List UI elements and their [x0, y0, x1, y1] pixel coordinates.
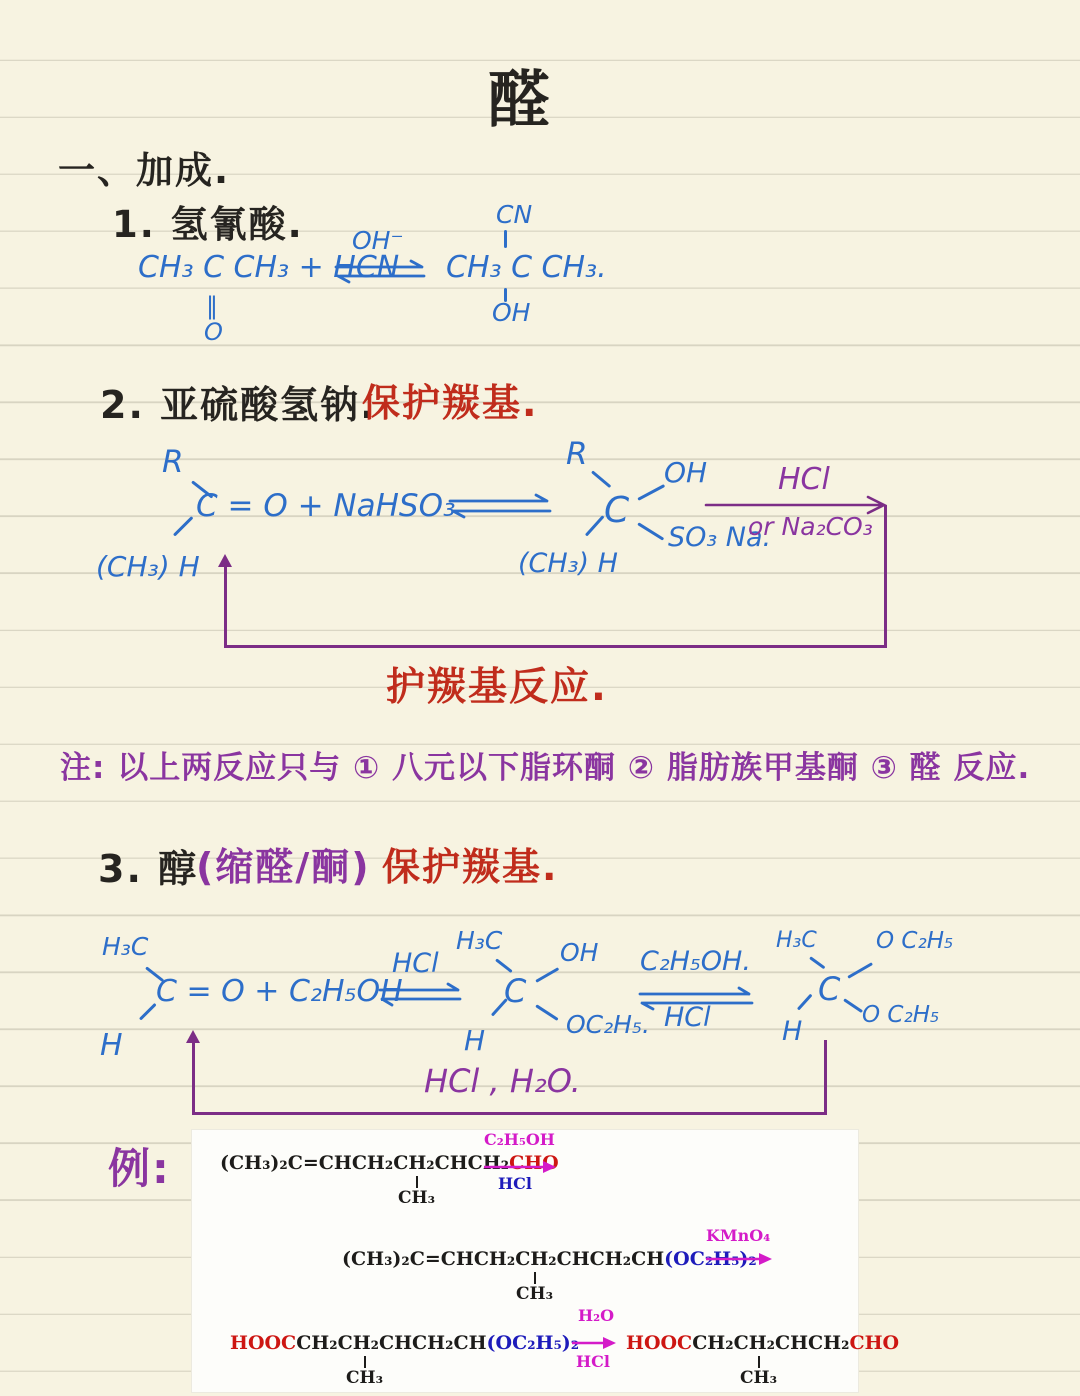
rxn3-s1-ch3: H₃C: [102, 932, 148, 961]
ex-line2-arrow-top: KMnO₄: [706, 1226, 770, 1245]
rxn1-product-cn-group: CN: [496, 200, 532, 229]
ex-line2-branch-bond: [534, 1272, 536, 1284]
rxn2-right-bond-h: [585, 515, 605, 536]
rxn3-equilibrium-arrow1-icon: [376, 982, 464, 1008]
ex-line2-arrow-icon: [704, 1252, 774, 1266]
rxn3-loop-right-line: [824, 1040, 827, 1114]
rxn2-left-bond-h: [173, 516, 194, 537]
printed-example-panel: (CH₃)₂C=CHCH₂CH₂CHCH₂CHO CH₃ C₂H₅OH HCl …: [192, 1130, 858, 1392]
rxn2-right-bond-r: [591, 470, 611, 488]
rxn1-equilibrium-arrow-icon: [332, 258, 428, 284]
ex-line1-branch-bond: [416, 1176, 418, 1188]
rxn1-catalyst-label: OH⁻: [352, 226, 404, 255]
ex-line3-arrow-bottom: HCl: [576, 1352, 610, 1371]
rxn2-left-ch3h: (CH₃) H: [96, 550, 200, 583]
ex-line3-arrow-top: H₂O: [578, 1306, 614, 1325]
ex-line3-branch-bond: [364, 1356, 366, 1368]
item-hydrocyanic-acid: 1. 氢氰酸.: [112, 194, 304, 248]
ex-line3-main: CH₂CH₂CHCH₂CH: [296, 1332, 486, 1354]
rxn2-right-oh: OH: [664, 456, 707, 489]
ex-line2-branch: CH₃: [516, 1284, 553, 1304]
rxn2-left-r: R: [162, 444, 184, 480]
ex-line3-branch: CH₃: [346, 1368, 383, 1388]
rxn3-s2-oet: OC₂H₅.: [566, 1010, 650, 1039]
ex-line2-main: (CH₃)₂C=CHCH₂CH₂CHCH₂CH: [342, 1248, 664, 1270]
rxn3-s2-c: C: [504, 972, 526, 1010]
rxn2-right-c: C: [604, 490, 629, 531]
item-sodium-bisulfite: 2. 亚硫酸氢钠.: [100, 374, 377, 429]
rxn3-s3-c: C: [818, 970, 840, 1008]
ex-line3b-hooc: HOOC: [626, 1332, 692, 1354]
heading-addition: 一、加成.: [58, 140, 230, 194]
rxn3-s3-bond-h: [797, 994, 813, 1011]
rxn2-right-r: R: [566, 436, 588, 472]
rxn3-s2-bond-top: [495, 958, 513, 973]
rxn3-loop-left-line: [192, 1042, 195, 1114]
ex-line3-oet: (OC₂H₅)₂: [487, 1332, 580, 1354]
rxn2-forward-reagent: HCl: [778, 462, 830, 497]
rxn3-s1-bond-bottom: [139, 1003, 157, 1021]
rxn3-loop-label: HCl , H₂O.: [424, 1062, 581, 1100]
rxn3-s2-h: H: [464, 1024, 485, 1057]
ex-line3b-branch-bond: [758, 1356, 760, 1368]
rxn2-forward-reagent2: or Na₂CO₃: [748, 512, 873, 541]
rxn3-s3-bond-oet-top: [847, 962, 873, 979]
ex-line3b-cho: CHO: [849, 1332, 899, 1354]
rxn3-s3-ch3: H₃C: [776, 928, 817, 953]
item2-protect-carbonyl-note: 保护羰基.: [362, 372, 538, 427]
rxn3-s3-oet-top: O C₂H₅: [876, 928, 953, 954]
rxn3-s1-h: H: [100, 1028, 123, 1063]
rxn3-s2-oh: OH: [560, 938, 598, 967]
rxn1-product-oh-group: OH: [492, 298, 530, 327]
ex-line3b-main: CH₂CH₂CHCH₂: [692, 1332, 849, 1354]
rxn3-s2-bond-oet: [535, 1004, 558, 1021]
rxn3-s2-ch3: H₃C: [456, 926, 502, 955]
rxn1-carbonyl-oxygen: O: [204, 318, 223, 346]
rxn3-arrow2-bottom: HCl: [664, 1002, 711, 1033]
rxn2-loop-caption: 护羰基反应.: [386, 656, 608, 712]
rxn3-s3-oet-bottom: O C₂H₅: [862, 1002, 939, 1028]
rxn3-arrow2-top: C₂H₅OH.: [640, 946, 751, 977]
rxn2-loop-bottom-line: [224, 645, 887, 648]
example-label: 例:: [108, 1136, 171, 1196]
ex-line2-formula: (CH₃)₂C=CHCH₂CH₂CHCH₂CH(OC₂H₅)₂: [342, 1248, 757, 1270]
item3-protect-carbonyl-note: 保护羰基.: [382, 836, 558, 891]
rxn1-carbonyl-double-bond: ‖: [206, 292, 218, 320]
item3-acetal-paren: (缩醛/酮): [196, 836, 371, 891]
rxn3-s3-bond-top: [809, 956, 825, 969]
ex-line1-arrow-bottom: HCl: [498, 1174, 532, 1193]
notebook-page: 醛 一、加成. 1. 氢氰酸. CH₃ C CH₃ + HCN ‖ O OH⁻ …: [0, 0, 1080, 1396]
rxn3-s1-formula: C = O + C₂H₅OH: [156, 974, 403, 1009]
ex-line3b-formula: HOOCCH₂CH₂CHCH₂CHO: [626, 1332, 899, 1354]
rxn2-loop-left-line: [224, 566, 227, 648]
rxn3-loop-bottom-line: [192, 1112, 827, 1115]
rxn2-loop-right-line: [884, 505, 887, 648]
rxn3-s2-bond-oh: [535, 967, 559, 983]
rxn3-arrow1-reagent: HCl: [392, 948, 439, 979]
rxn2-right-ch3h: (CH₃) H: [518, 548, 618, 579]
rxn2-bond-so3na: [637, 522, 664, 540]
ex-line1-arrow-icon: [482, 1160, 558, 1174]
rxn3-s3-bond-oet-bottom: [843, 998, 863, 1013]
rxn2-equilibrium-arrow-icon: [446, 492, 554, 520]
ex-line1-main: (CH₃)₂C=CHCH₂CH₂CHCH₂: [220, 1152, 509, 1174]
ex-line3-formula: HOOCCH₂CH₂CHCH₂CH(OC₂H₅)₂: [230, 1332, 579, 1354]
rxn2-bond-oh: [637, 484, 665, 501]
ex-line1-branch: CH₃: [398, 1188, 435, 1208]
ex-line3-arrow-icon: [570, 1336, 618, 1350]
ex-line3-hooc: HOOC: [230, 1332, 296, 1354]
ex-line1-arrow-top: C₂H₅OH: [484, 1130, 555, 1149]
rxn1-cn-bond: [504, 230, 507, 248]
rxn3-s3-h: H: [782, 1016, 802, 1047]
rxn1-product: CH₃ C CH₃.: [446, 250, 607, 285]
note-scope-of-reactions: 注: 以上两反应只与 ① 八元以下脂环酮 ② 脂肪族甲基酮 ③ 醛 反应.: [60, 742, 1030, 787]
rxn3-loop-arrowhead-icon: [186, 1030, 200, 1043]
page-title: 醛: [488, 50, 552, 139]
item-alcohol: 3. 醇: [98, 838, 198, 893]
rxn2-loop-arrowhead-icon: [218, 554, 232, 567]
rxn2-left-formula: C = O + NaHSO₃: [196, 488, 455, 524]
ex-line3b-branch: CH₃: [740, 1368, 777, 1388]
